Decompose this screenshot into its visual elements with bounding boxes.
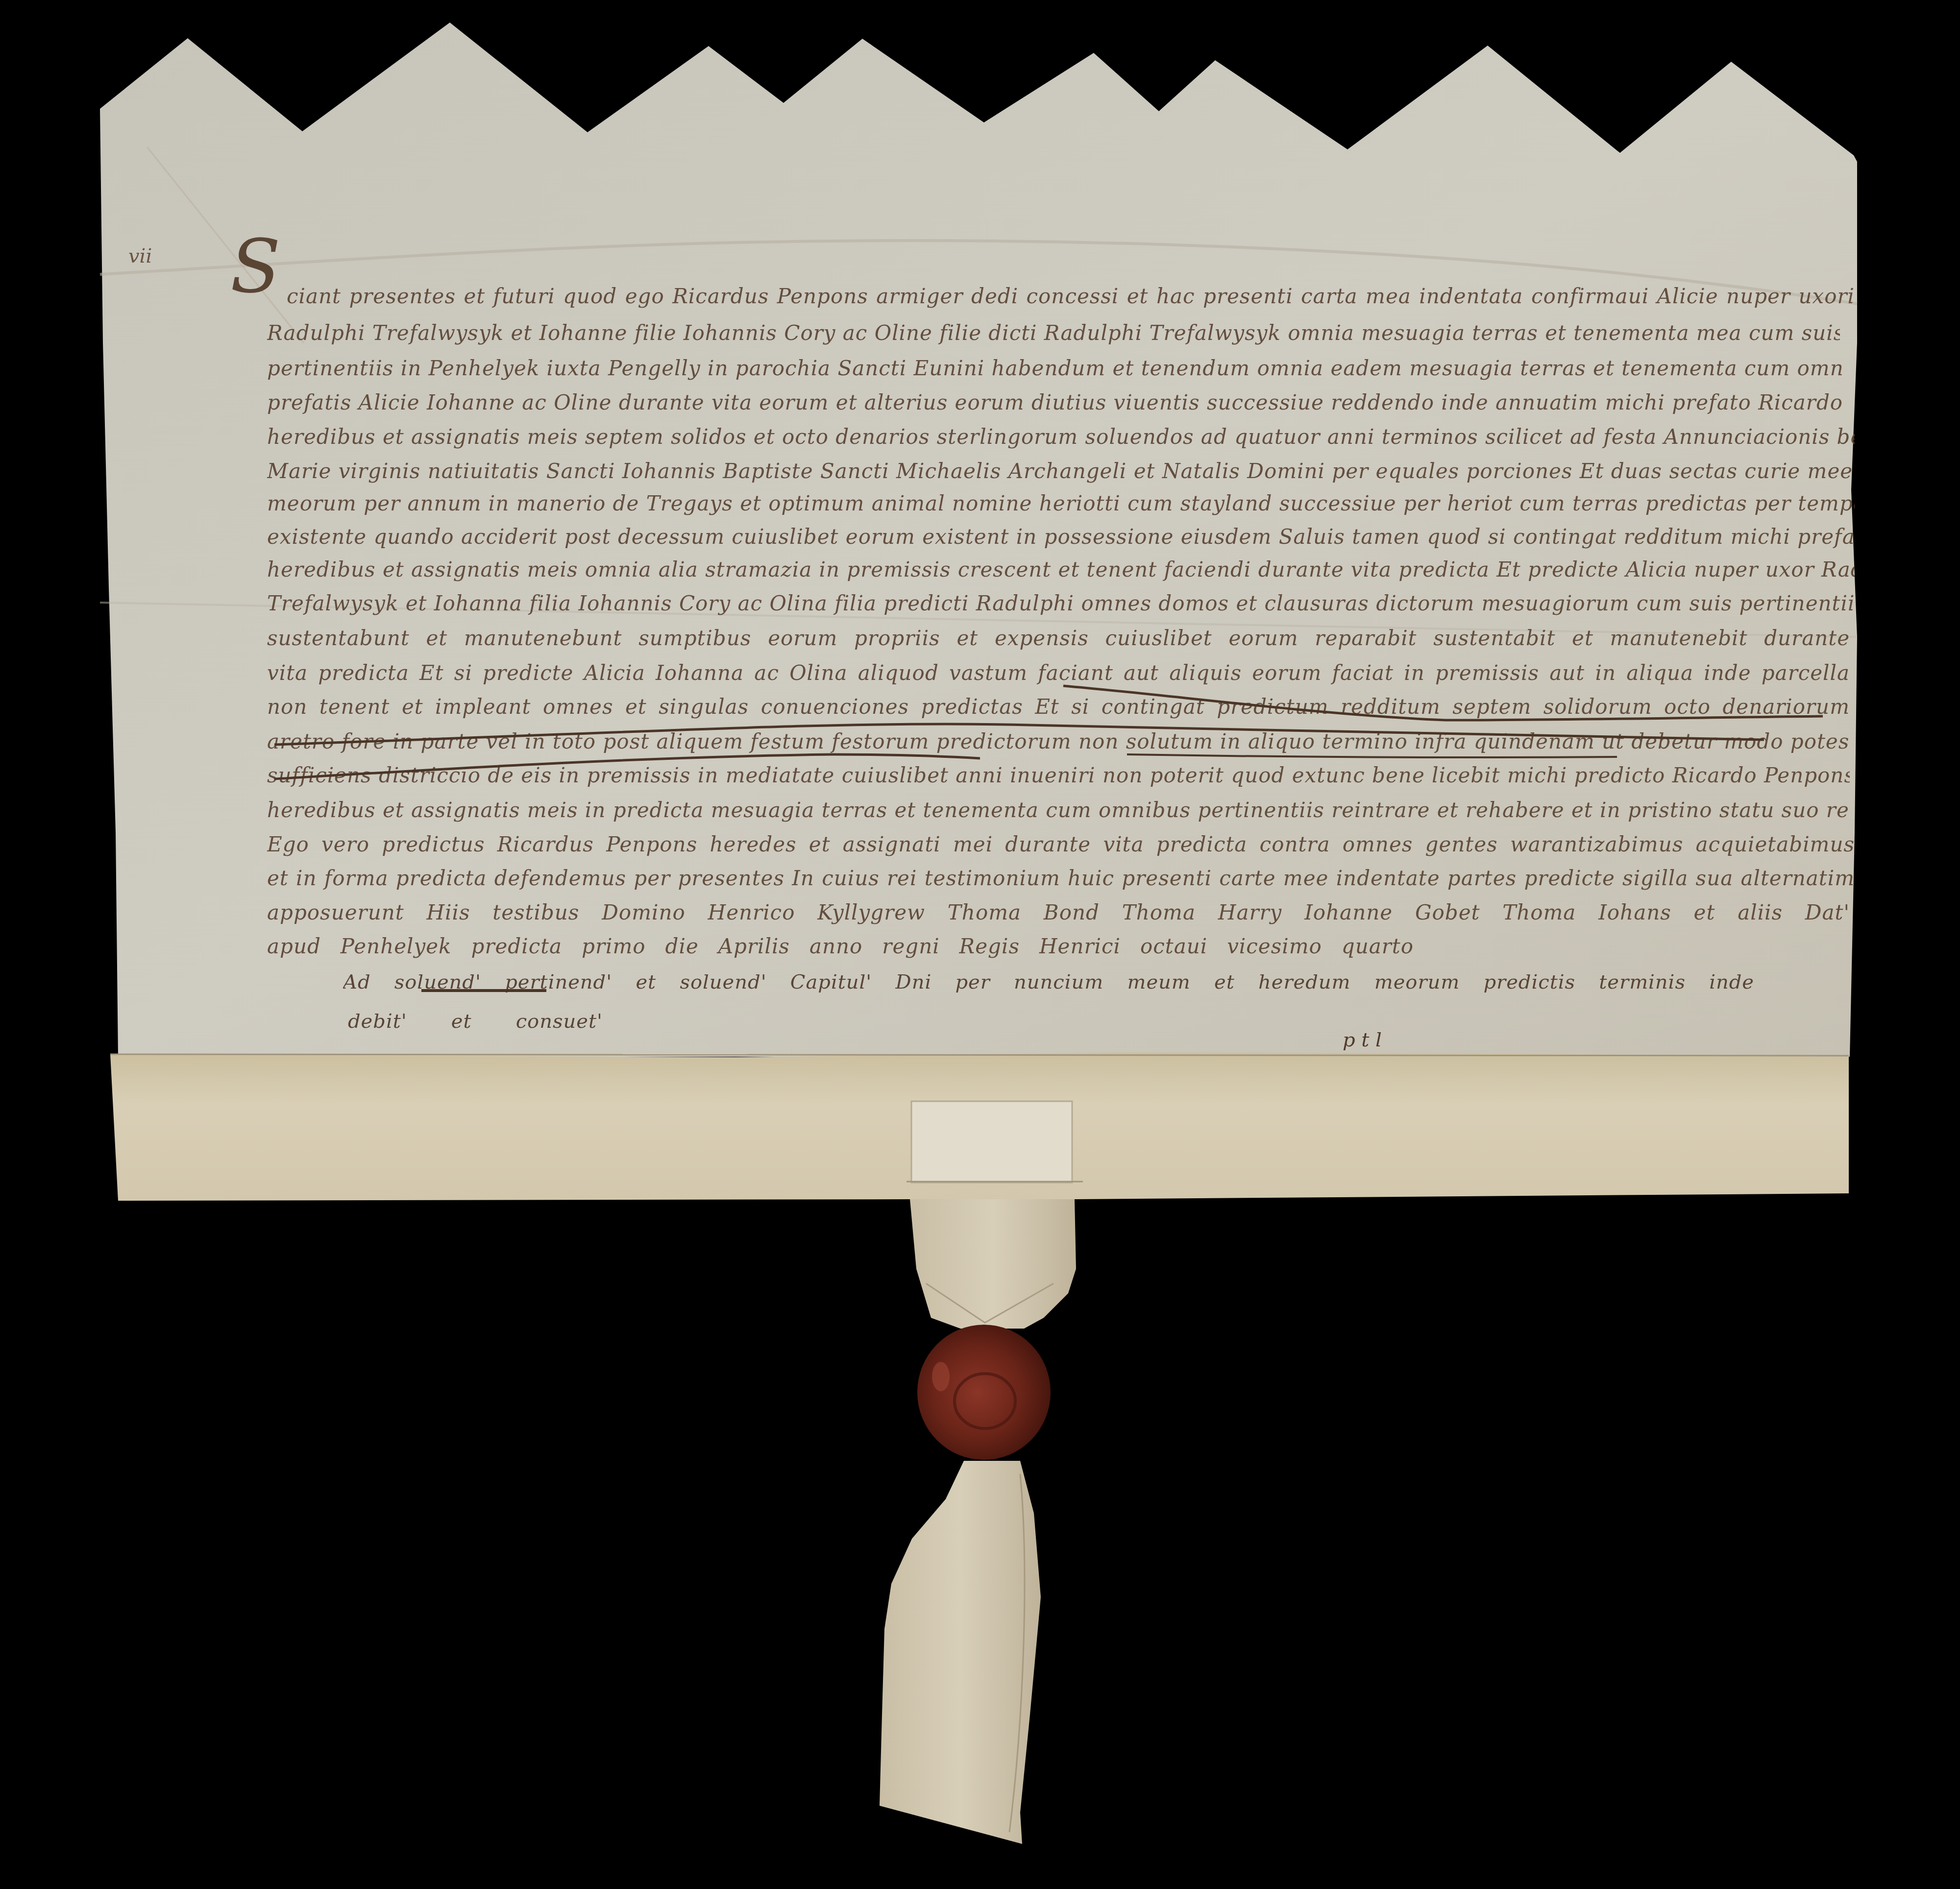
wax-seal <box>917 1325 1051 1460</box>
text-line: heredibus et assignatis meis septem soli… <box>267 422 1855 452</box>
seal-tag-lower <box>880 1461 1041 1844</box>
text-line: Trefalwysyk et Iohanna filia Iohannis Co… <box>267 589 1855 618</box>
text-line: vita predicta Et si predicte Alicia Ioha… <box>267 658 1850 688</box>
seal-slot-patch <box>911 1101 1072 1183</box>
bottom-marks: p t l <box>1343 1029 1382 1051</box>
text-line: apposuerunt Hiis testibus Domino Henrico… <box>267 898 1850 927</box>
text-line: heredibus et assignatis meis in predicta… <box>267 796 1850 825</box>
text-line: ciant presentes et futuri quod ego Ricar… <box>287 282 1855 311</box>
initial-letter: S <box>230 230 281 304</box>
text-line: Ego vero predictus Ricardus Penpons here… <box>267 830 1855 859</box>
text-line: apud Penhelyek predicta primo die Aprili… <box>267 932 1414 961</box>
seal-tag-upper <box>910 1199 1076 1329</box>
endorsement-line: Ad soluend' pertinend' et soluend' Capit… <box>343 968 1754 997</box>
text-line: prefatis Alicie Iohanne ac Oline durante… <box>267 388 1850 417</box>
text-line: Radulphi Trefalwysyk et Iohanne filie Io… <box>267 318 1840 348</box>
text-line: meorum per annum in manerio de Tregays e… <box>267 489 1855 518</box>
endorsement-line: debit' et consuet' <box>348 1007 603 1036</box>
text-line: pertinentiis in Penhelyek iuxta Pengelly… <box>267 354 1845 383</box>
seal-highlight <box>932 1362 950 1391</box>
text-line: non tenent et impleant omnes et singulas… <box>267 692 1850 722</box>
photograph-stage: vii S ciant presentes et futuri quod ego… <box>0 0 1960 1889</box>
text-line: heredibus et assignatis meis omnia alia … <box>267 555 1855 584</box>
text-line: Marie virginis natiuitatis Sancti Iohann… <box>267 457 1855 486</box>
text-line: existente quando acciderit post decessum… <box>267 522 1855 552</box>
text-line: sustentabunt et manutenebunt sumptibus e… <box>267 624 1850 653</box>
text-line: aretro fore in parte vel in toto post al… <box>267 727 1850 756</box>
text-line: et in forma predicta defendemus per pres… <box>267 864 1855 893</box>
marginal-note: vii <box>128 245 152 267</box>
text-line: sufficiens districcio de eis in premissi… <box>267 761 1850 790</box>
